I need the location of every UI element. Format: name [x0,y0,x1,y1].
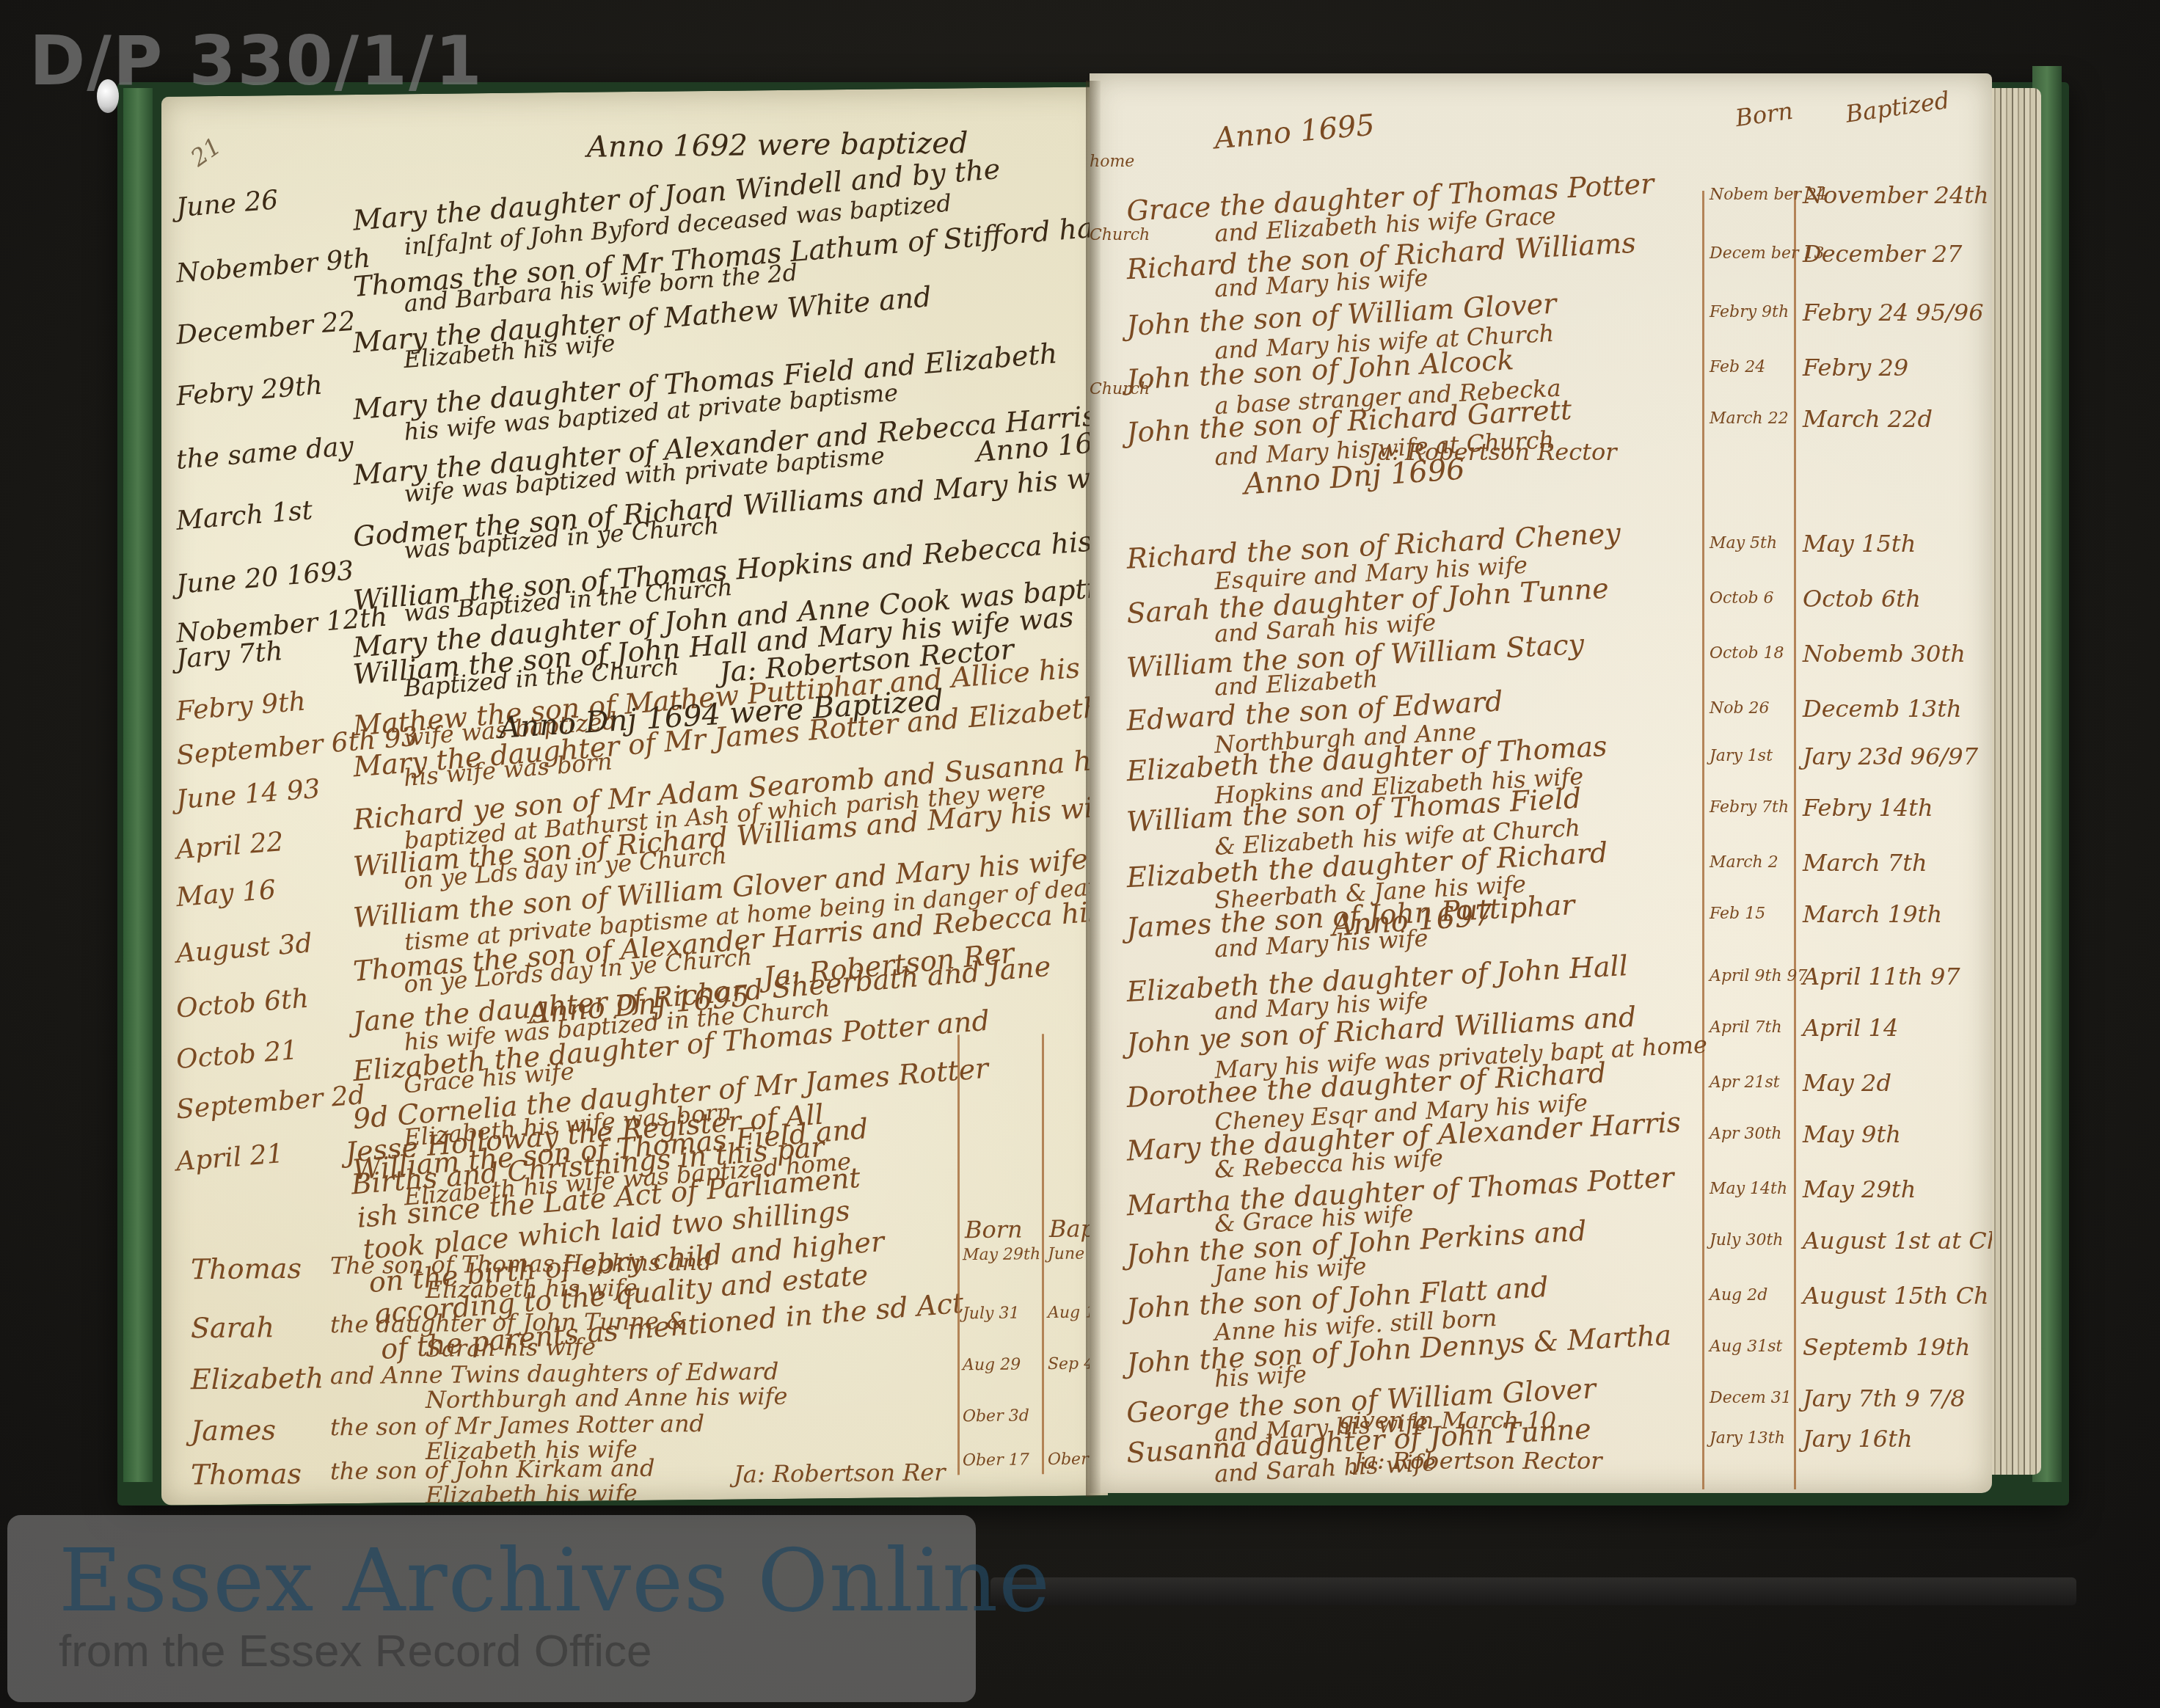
right-born-date: Feb 15 [1710,906,1765,922]
entry-date: August 3d [175,930,313,968]
entry-date: Octob 21 [175,1037,299,1073]
table-line-1: the son of Mr James Rotter and [330,1412,704,1439]
entry-date: May 16 [175,877,277,911]
right-born-column-rule [1702,191,1704,1489]
folio-mark: 21 [187,134,225,170]
table-name: Thomas [191,1460,302,1489]
born-column-rule [957,1034,960,1475]
right-baptized-date: Decemb 13th [1803,697,1962,720]
left-page: 21 Anno 1692 were baptized June 26Mary t… [161,87,1108,1506]
right-baptized-date: December 27 [1803,242,1962,266]
right-born-date: May 5th [1710,536,1777,552]
right-born-date: April 9th 97 [1710,968,1808,985]
entry-date: Nobember 9th [175,246,371,288]
right-footer-note: given in March 10 [1339,1409,1556,1432]
book-gutter [1086,81,1101,1497]
entry-date: Febry 9th [175,689,307,726]
right-born-date: Aug 2d [1710,1288,1767,1304]
right-born-date: Nob 26 [1710,701,1770,717]
right-row-line-2: his wife [1214,1362,1307,1391]
table-line-1: The son of Thomas Hopkins and [330,1250,712,1277]
right-baptized-date: Febry 24 95/96 [1803,301,1984,324]
entry-date: April 22 [175,829,285,864]
table-name: James [191,1416,276,1445]
right-baptized-date: Jary 23d 96/97 [1803,745,1978,768]
entry-date: Febry 29th [175,373,324,411]
right-born-date: Jary 1st [1710,748,1773,764]
right-born-date: May 14th [1710,1181,1787,1197]
table-name: Elizabeth [191,1364,324,1393]
right-baptized-date: Jary 16th [1803,1427,1913,1450]
right-born-header: Born [1734,99,1794,131]
green-binding-left [123,88,153,1482]
reference-code: D/P 330/1/1 [29,22,484,101]
entry-date: June 26 [175,187,280,222]
right-born-date: Decem 31 [1710,1390,1792,1406]
right-baptized-date: Septemb 19th [1803,1335,1970,1359]
right-born-date: Aug 31st [1710,1339,1782,1355]
table-line-2: Elizabeth his wife [426,1276,638,1302]
right-born-date: March 2 [1710,855,1778,871]
right-baptized-date: Febry 14th [1803,796,1933,820]
heading-1695-right: Anno 1695 [1214,111,1376,154]
right-born-date: Apr 30th [1710,1126,1781,1142]
born-date: July 31 [963,1306,1019,1323]
right-baptized-date: Jary 7th 9 7/8 [1803,1387,1965,1410]
table-name: Sarah [191,1313,274,1342]
right-baptized-date: August 15th Ch [1803,1284,1989,1307]
right-born-date: Apr 21st [1710,1075,1780,1091]
born-date: Ober 17 [963,1452,1029,1469]
right-baptized-date: March 22d [1803,407,1933,431]
entry-date: December 22 [175,309,357,350]
right-born-date: Feb 24 [1710,360,1765,376]
right-baptized-date: April 11th 97 [1803,965,1960,988]
right-baptized-date: May 15th [1803,532,1916,555]
right-baptized-date: March 19th [1803,902,1942,926]
entry-date: September 2d [175,1082,366,1124]
right-baptized-date: May 9th [1803,1123,1901,1146]
right-born-date: Octob 6 [1710,591,1774,607]
table-line-1: the daughter of John Tunne & [330,1309,687,1336]
baptized-column-rule [1042,1034,1044,1474]
table-line-2: Northburgh and Anne his wife [426,1384,787,1412]
left-born-header: Born [965,1217,1023,1241]
table-name: Thomas [191,1255,302,1284]
right-born-date: July 30th [1710,1233,1783,1249]
right-page: Anno 1695 Born Baptized home Church Chur… [1090,73,1992,1493]
page-edges [1990,88,2041,1475]
right-born-date: Febry 7th [1710,800,1789,816]
right-baptized-date: Nobemb 30th [1803,642,1966,665]
entry-date: Octob 6th [175,985,310,1022]
right-baptized-header: Baptized [1844,88,1951,126]
right-baptized-date: Octob 6th [1803,587,1921,610]
entry-date: the same day [175,434,354,474]
born-date: Aug 29 [963,1357,1021,1373]
right-baptized-date: April 14 [1803,1016,1898,1040]
heading-1692: Anno 1692 were baptized [587,128,968,161]
book-stand [990,1577,2076,1605]
right-baptized-date: Febry 29 [1803,356,1908,379]
right-baptized-date: March 7th [1803,851,1927,875]
right-signature-2: Ja: Robertson Rector [1354,1449,1602,1472]
right-baptized-date: May 29th [1803,1178,1916,1201]
entry-date: Jary 7th [175,638,284,674]
right-born-date: Octob 18 [1710,646,1784,662]
watermark-title: Essex Archives Online [59,1530,1051,1631]
table-line-2: Sarah his wife [426,1335,596,1360]
right-born-date: March 22 [1710,411,1789,427]
entry-date: March 1st [175,497,313,535]
right-baptized-date: May 2d [1803,1071,1891,1095]
entry-date: April 21 [175,1141,285,1176]
right-born-date: Febry 9th [1710,304,1789,321]
entry-date: June 14 93 [175,776,321,814]
watermark-subtitle: from the Essex Record Office [59,1625,652,1677]
entry-date: June 20 1693 [175,558,354,599]
right-born-date: Jary 13th [1710,1431,1785,1447]
right-baptized-column-rule [1794,191,1796,1489]
born-date: Ober 3d [963,1408,1029,1425]
born-date: May 29th [963,1247,1040,1263]
signature-3: Ja: Robertson Rer [734,1461,946,1486]
right-baptized-date: November 24th [1803,183,1989,207]
right-baptized-date: August 1st at Church [1803,1229,1992,1252]
right-born-date: April 7th [1710,1020,1782,1036]
